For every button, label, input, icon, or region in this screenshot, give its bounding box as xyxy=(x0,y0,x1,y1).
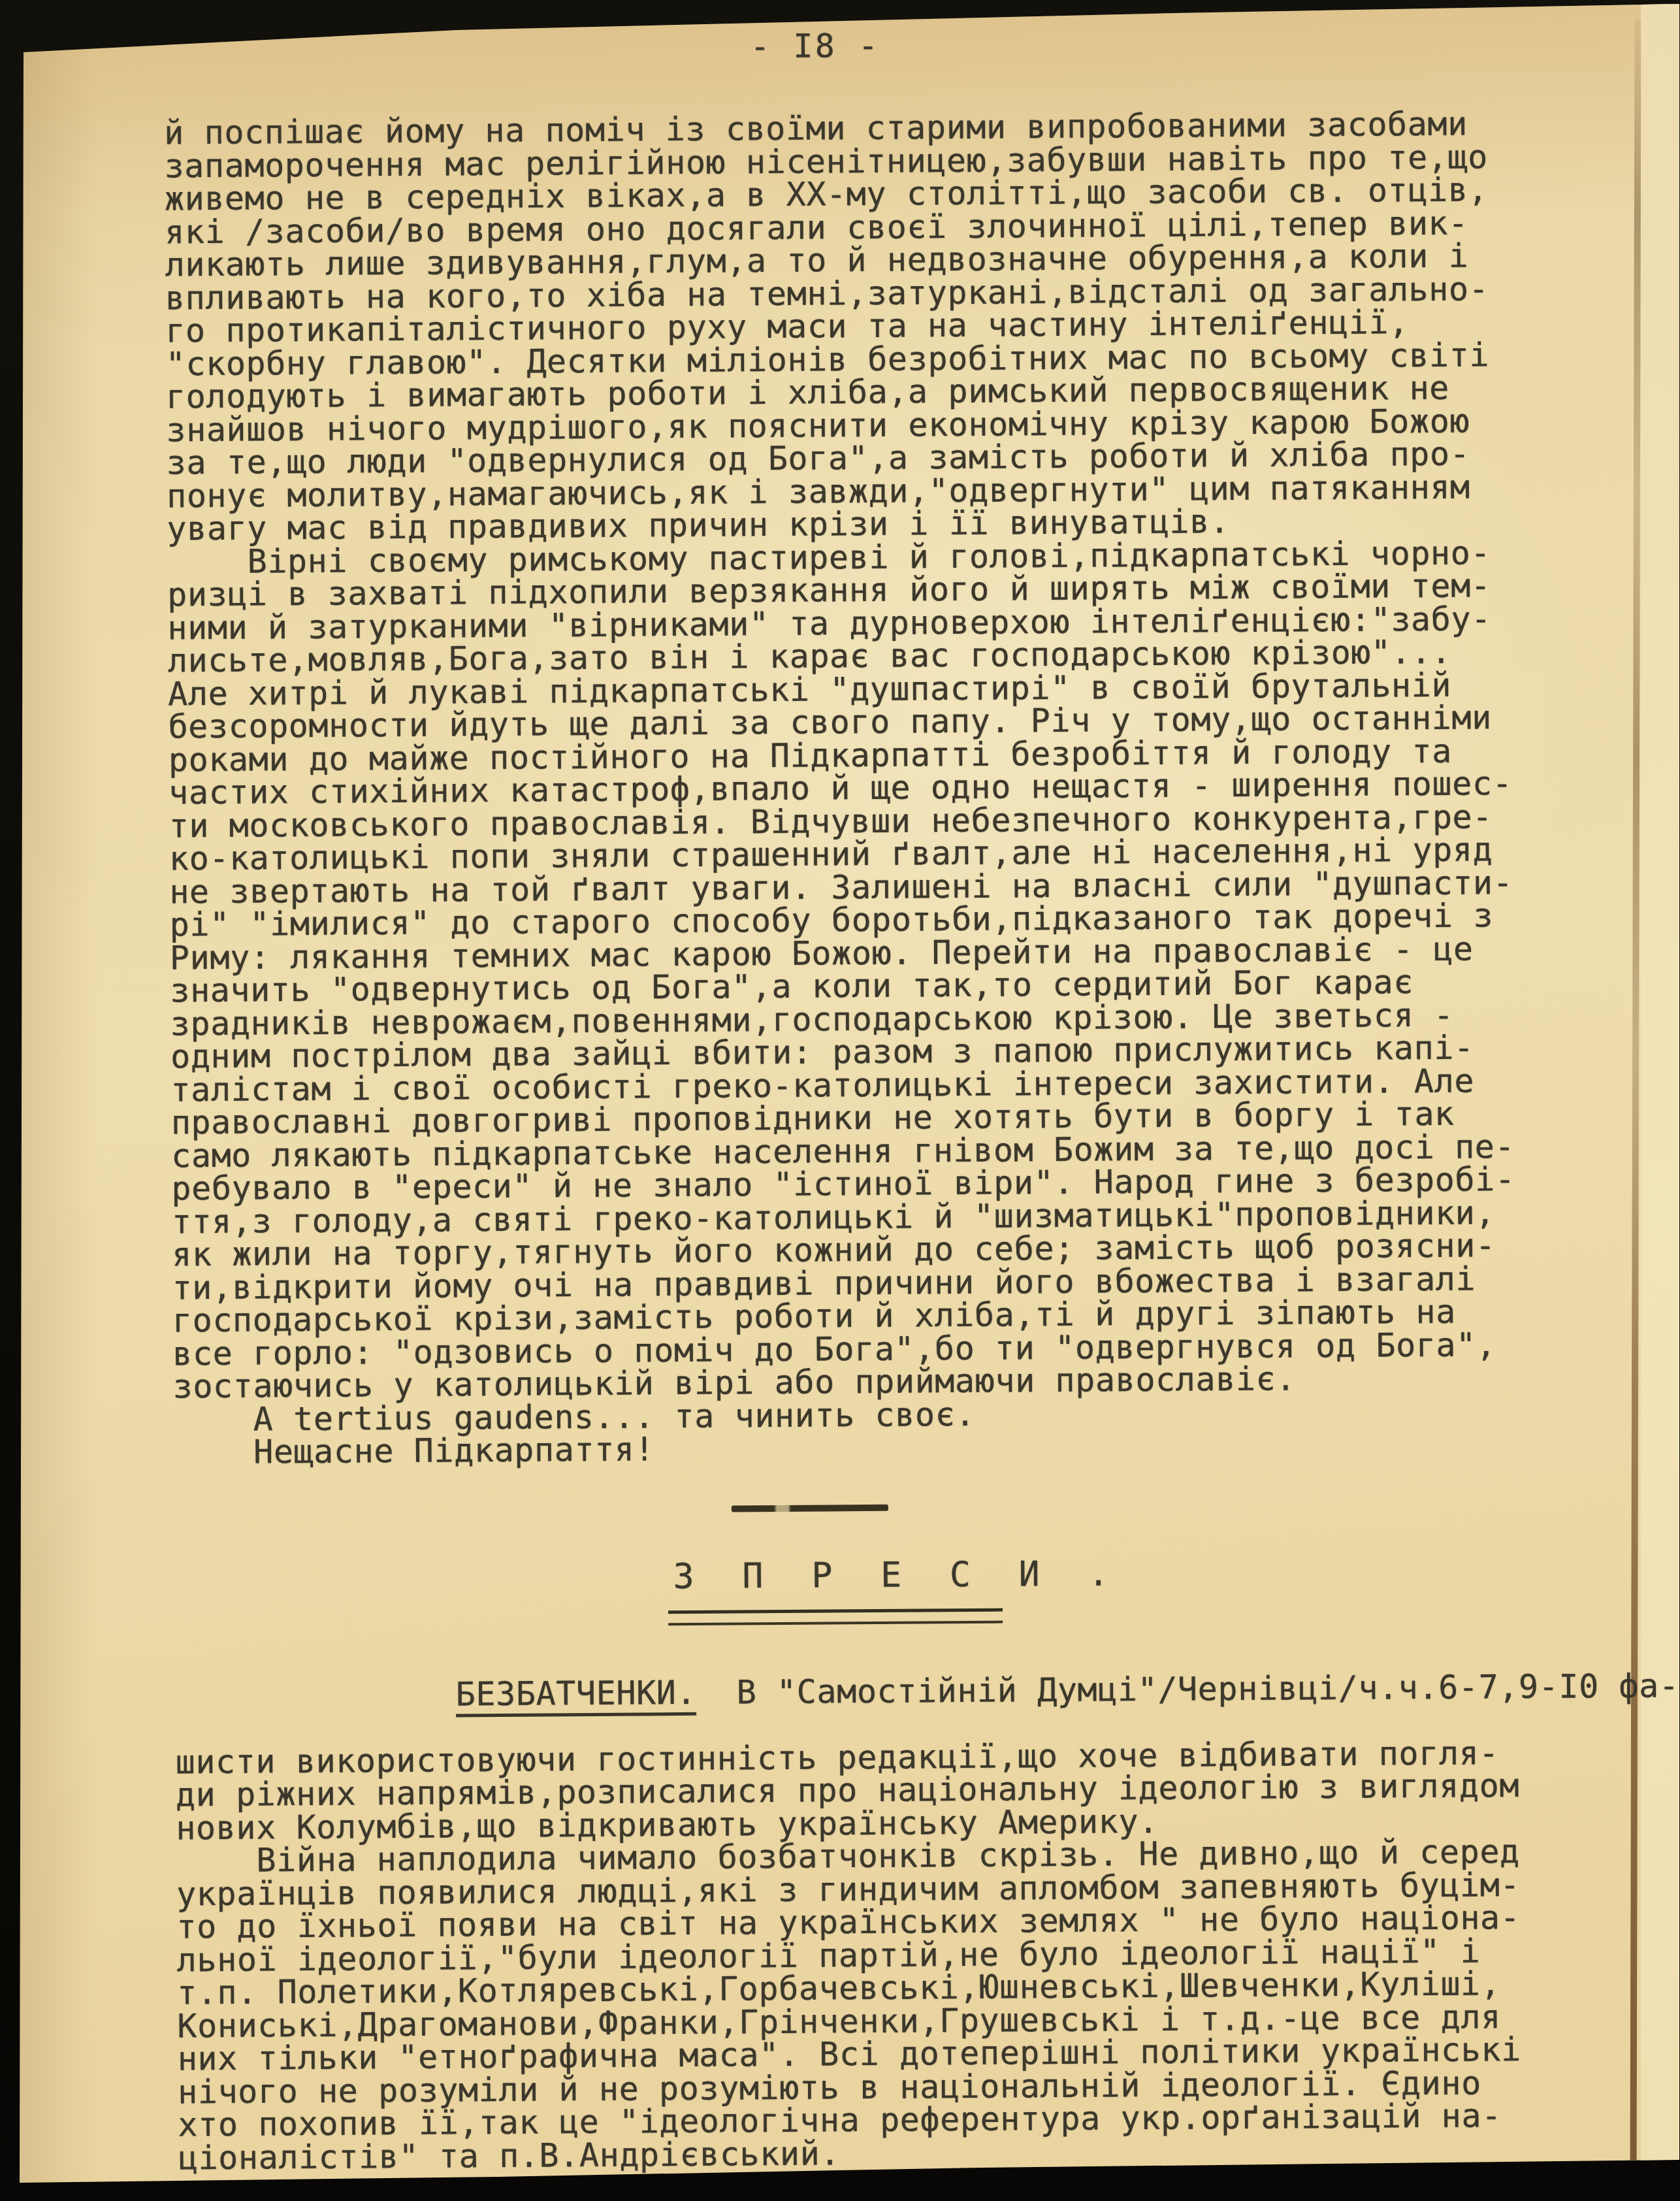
press-item-first-line-rest: В "Самостійній Думці"/Чернівці/ч.ч.6-7,9… xyxy=(696,1667,1679,1712)
paragraph: Вірні своєму римському пастиреві й голов… xyxy=(167,536,1517,1403)
typewritten-content: - І8 - й поспішає йому на поміч із своїм… xyxy=(0,0,1680,2201)
section-divider-rule xyxy=(732,1505,888,1512)
press-item-first-line: БЕЗБАТЧЕНКИ. В "Самостійній Думці"/Черні… xyxy=(174,1636,1679,1746)
press-item-paragraph: Війна наплодила чимало бозбатчонків скрі… xyxy=(176,1834,1680,2174)
paragraph: й поспішає йому на поміч із своїми стари… xyxy=(164,107,1511,546)
page-number: - І8 - xyxy=(750,27,880,65)
paper-sheet: - І8 - й поспішає йому на поміч із своїм… xyxy=(0,0,1680,2201)
article-body: й поспішає йому на поміч із своїми стари… xyxy=(164,107,1517,1469)
press-item-title: БЕЗБАТЧЕНКИ. xyxy=(456,1673,697,1717)
press-heading-underline xyxy=(668,1608,1003,1626)
left-edge-tear-mark xyxy=(0,380,13,440)
left-edge-tear-mark xyxy=(0,187,10,227)
press-section-heading: З П Р Е С И . xyxy=(673,1554,1122,1597)
press-item-intro: шисти використовуючи гостинність редакці… xyxy=(175,1735,1680,1845)
scanned-page: - І8 - й поспішає йому на поміч із своїм… xyxy=(0,0,1680,2201)
press-section-body: БЕЗБАТЧЕНКИ. В "Самостійній Думці"/Черні… xyxy=(174,1636,1680,2174)
press-item-indent xyxy=(376,1675,456,1714)
